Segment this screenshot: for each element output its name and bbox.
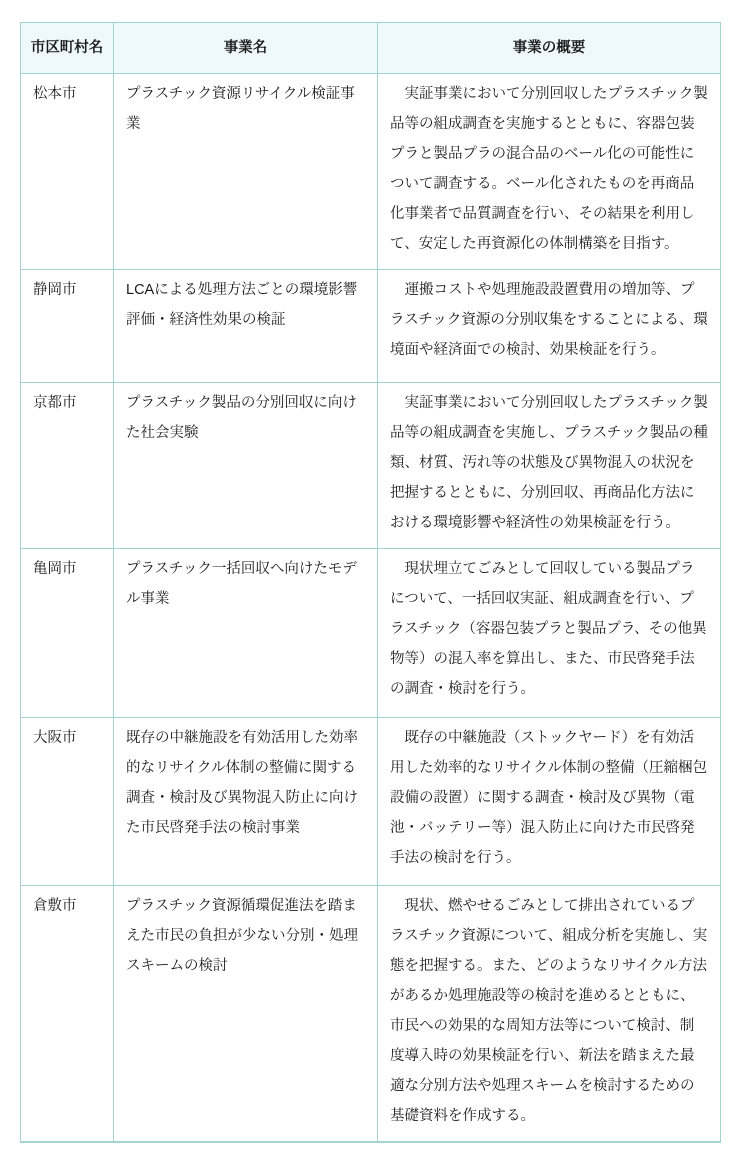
project-summary: 現状埋立てごみとして回収している製品プラについて、一括回収実証、組成調査を行い、… [390, 554, 708, 704]
municipal-projects-table: 市区町村名 事業名 事業の概要 松本市 プラスチック資源リサイクル検証事業 実証… [20, 22, 721, 1143]
project-name-cell: プラスチック製品の分別回収に向けた社会実験 [114, 383, 378, 549]
project-name: プラスチック資源リサイクル検証事業 [126, 79, 365, 139]
project-name: LCAによる処理方法ごとの環境影響評価・経済性効果の検証 [126, 275, 365, 335]
column-header-project-name: 事業名 [114, 23, 378, 74]
municipality-cell: 静岡市 [21, 270, 114, 383]
column-header-municipality: 市区町村名 [21, 23, 114, 74]
municipality-name: 静岡市 [33, 275, 101, 305]
municipality-cell: 倉敷市 [21, 886, 114, 1143]
table-row: 京都市 プラスチック製品の分別回収に向けた社会実験 実証事業において分別回収した… [21, 383, 721, 549]
project-summary-cell: 現状、燃やせるごみとして排出されているプラスチック資源について、組成分析を実施し… [378, 886, 721, 1143]
table-row: 大阪市 既存の中継施設を有効活用した効率的なリサイクル体制の整備に関する調査・検… [21, 718, 721, 886]
table-row: 亀岡市 プラスチック一括回収へ向けたモデル事業 現状埋立てごみとして回収している… [21, 549, 721, 718]
municipality-name: 亀岡市 [33, 554, 101, 584]
table-row: 松本市 プラスチック資源リサイクル検証事業 実証事業において分別回収したプラスチ… [21, 74, 721, 270]
project-summary: 既存の中継施設（ストックヤード）を有効活用した効率的なリサイクル体制の整備（圧縮… [390, 723, 708, 873]
column-header-project-summary: 事業の概要 [378, 23, 721, 74]
project-name: プラスチック一括回収へ向けたモデル事業 [126, 554, 365, 614]
table-body: 松本市 プラスチック資源リサイクル検証事業 実証事業において分別回収したプラスチ… [21, 74, 721, 1143]
table-header-row: 市区町村名 事業名 事業の概要 [21, 23, 721, 74]
municipality-name: 大阪市 [33, 723, 101, 753]
municipality-cell: 京都市 [21, 383, 114, 549]
project-name-cell: 既存の中継施設を有効活用した効率的なリサイクル体制の整備に関する調査・検討及び異… [114, 718, 378, 886]
table-row: 静岡市 LCAによる処理方法ごとの環境影響評価・経済性効果の検証 運搬コストや処… [21, 270, 721, 383]
municipality-cell: 松本市 [21, 74, 114, 270]
table-row: 倉敷市 プラスチック資源循環促進法を踏まえた市民の負担が少ない分別・処理スキーム… [21, 886, 721, 1143]
project-summary-cell: 現状埋立てごみとして回収している製品プラについて、一括回収実証、組成調査を行い、… [378, 549, 721, 718]
project-name: 既存の中継施設を有効活用した効率的なリサイクル体制の整備に関する調査・検討及び異… [126, 723, 365, 843]
project-name-cell: プラスチック資源循環促進法を踏まえた市民の負担が少ない分別・処理スキームの検討 [114, 886, 378, 1143]
municipality-name: 松本市 [33, 79, 101, 109]
municipality-cell: 大阪市 [21, 718, 114, 886]
project-summary-cell: 実証事業において分別回収したプラスチック製品等の組成調査を実施するとともに、容器… [378, 74, 721, 270]
project-summary: 現状、燃やせるごみとして排出されているプラスチック資源について、組成分析を実施し… [390, 891, 708, 1131]
project-summary-cell: 実証事業において分別回収したプラスチック製品等の組成調査を実施し、プラスチック製… [378, 383, 721, 549]
project-summary: 実証事業において分別回収したプラスチック製品等の組成調査を実施するとともに、容器… [390, 79, 708, 259]
project-name: プラスチック資源循環促進法を踏まえた市民の負担が少ない分別・処理スキームの検討 [126, 891, 365, 981]
project-summary-cell: 運搬コストや処理施設設置費用の増加等、プラスチック資源の分別収集をすることによる… [378, 270, 721, 383]
project-summary: 運搬コストや処理施設設置費用の増加等、プラスチック資源の分別収集をすることによる… [390, 275, 708, 365]
project-name-cell: LCAによる処理方法ごとの環境影響評価・経済性効果の検証 [114, 270, 378, 383]
project-name-cell: プラスチック一括回収へ向けたモデル事業 [114, 549, 378, 718]
municipality-cell: 亀岡市 [21, 549, 114, 718]
project-name: プラスチック製品の分別回収に向けた社会実験 [126, 388, 365, 448]
municipality-name: 京都市 [33, 388, 101, 418]
project-name-cell: プラスチック資源リサイクル検証事業 [114, 74, 378, 270]
project-summary-cell: 既存の中継施設（ストックヤード）を有効活用した効率的なリサイクル体制の整備（圧縮… [378, 718, 721, 886]
page: 市区町村名 事業名 事業の概要 松本市 プラスチック資源リサイクル検証事業 実証… [0, 0, 740, 1160]
project-summary: 実証事業において分別回収したプラスチック製品等の組成調査を実施し、プラスチック製… [390, 388, 708, 538]
municipality-name: 倉敷市 [33, 891, 101, 921]
